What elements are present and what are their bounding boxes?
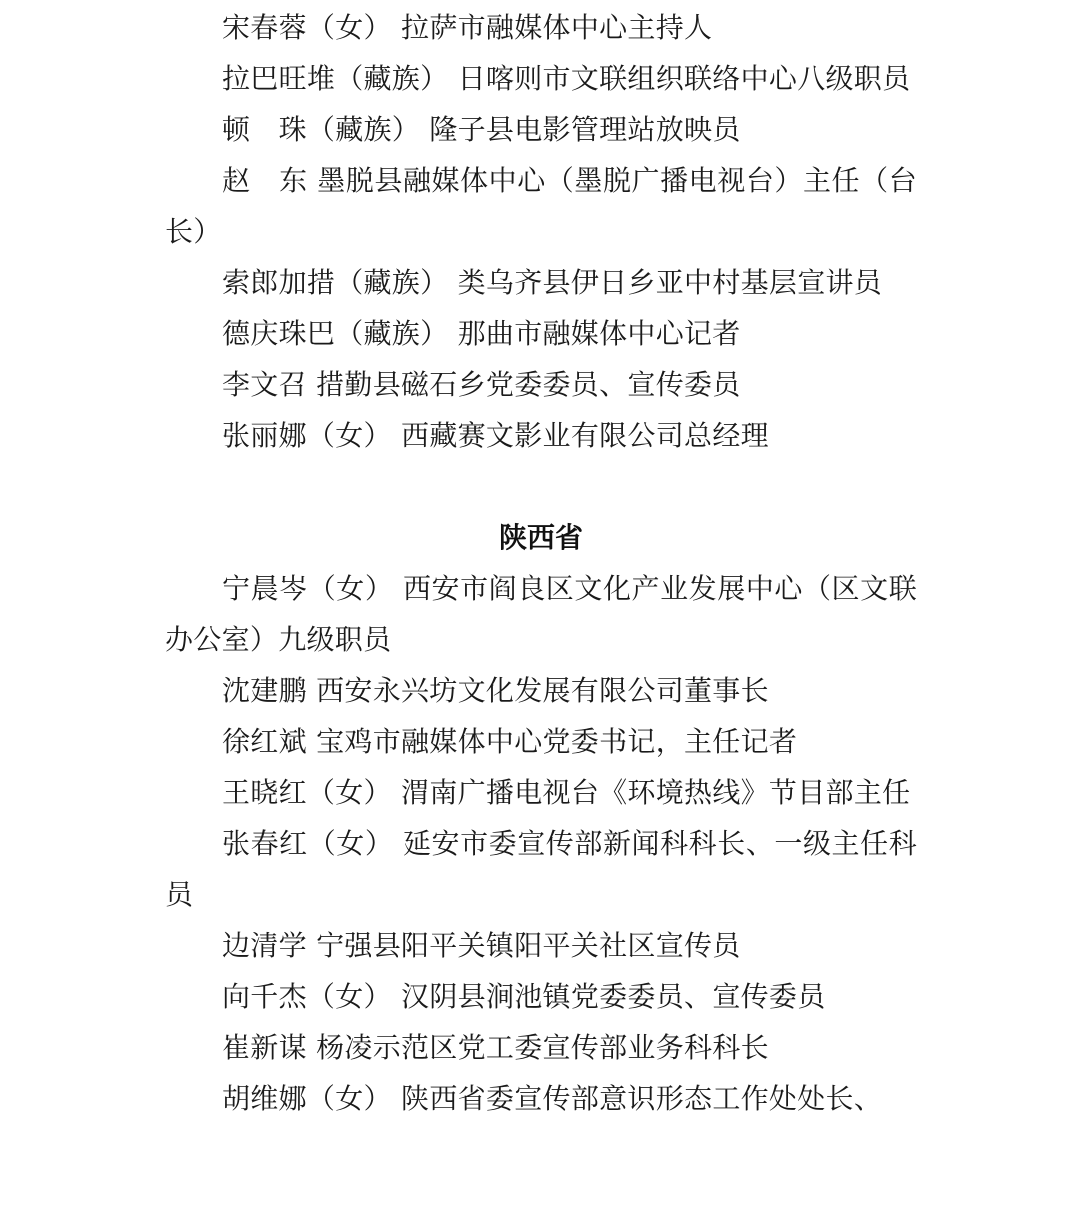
section-tibet-continued: 宋春蓉（女） 拉萨市融媒体中心主持人 拉巴旺堆（藏族） 日喀则市文联组织联络中心… [165, 2, 917, 461]
section-gap [165, 461, 917, 512]
list-item: 宋春蓉（女） 拉萨市融媒体中心主持人 [165, 2, 917, 53]
list-item: 张春红（女） 延安市委宣传部新闻科科长、一级主任科员 [165, 818, 917, 920]
person-name: 宁晨岑（女） [222, 572, 393, 605]
list-item: 沈建鹏 西安永兴坊文化发展有限公司董事长 [165, 665, 917, 716]
person-name: 拉巴旺堆（藏族） [222, 62, 448, 95]
person-title: 隆子县电影管理站放映员 [429, 113, 740, 146]
list-item: 索郎加措（藏族） 类乌齐县伊日乡亚中村基层宣讲员 [165, 257, 917, 308]
list-item: 崔新谋 杨凌示范区党工委宣传部业务科科长 [165, 1022, 917, 1073]
person-name: 赵 东 [222, 164, 308, 197]
list-item: 赵 东 墨脱县融媒体中心（墨脱广播电视台）主任（台长） [165, 155, 917, 257]
person-name: 张丽娜（女） [222, 419, 392, 452]
person-title: 宁强县阳平关镇阳平关社区宣传员 [316, 929, 741, 962]
person-title: 汉阴县涧池镇党委委员、宣传委员 [401, 980, 826, 1013]
list-item: 张丽娜（女） 西藏赛文影业有限公司总经理 [165, 410, 917, 461]
person-name: 徐红斌 [222, 725, 307, 758]
person-title: 西藏赛文影业有限公司总经理 [401, 419, 769, 452]
person-name: 顿 珠（藏族） [222, 113, 420, 146]
person-title: 宝鸡市融媒体中心党委书记，主任记者 [316, 725, 797, 758]
list-item: 德庆珠巴（藏族） 那曲市融媒体中心记者 [165, 308, 917, 359]
person-title: 杨凌示范区党工委宣传部业务科科长 [316, 1031, 769, 1064]
person-name: 崔新谋 [222, 1031, 307, 1064]
person-name: 沈建鹏 [222, 674, 307, 707]
person-title: 日喀则市文联组织联络中心八级职员 [458, 62, 911, 95]
list-item: 胡维娜（女） 陕西省委宣传部意识形态工作处处长、 [165, 1073, 917, 1124]
person-title: 那曲市融媒体中心记者 [458, 317, 741, 350]
person-name: 向千杰（女） [222, 980, 392, 1013]
person-name: 德庆珠巴（藏族） [222, 317, 448, 350]
list-item: 李文召 措勤县磁石乡党委委员、宣传委员 [165, 359, 917, 410]
person-title: 拉萨市融媒体中心主持人 [401, 11, 712, 44]
section-heading: 陕西省 [165, 512, 917, 563]
person-name: 宋春蓉（女） [222, 11, 392, 44]
person-title: 西安永兴坊文化发展有限公司董事长 [316, 674, 769, 707]
person-name: 胡维娜（女） [222, 1082, 392, 1115]
person-title: 措勤县磁石乡党委委员、宣传委员 [316, 368, 741, 401]
list-item: 宁晨岑（女） 西安市阎良区文化产业发展中心（区文联办公室）九级职员 [165, 563, 917, 665]
list-item: 顿 珠（藏族） 隆子县电影管理站放映员 [165, 104, 917, 155]
person-name: 张春红（女） [222, 827, 393, 860]
list-item: 王晓红（女） 渭南广播电视台《环境热线》节目部主任 [165, 767, 917, 818]
section-shaanxi: 陕西省 宁晨岑（女） 西安市阎良区文化产业发展中心（区文联办公室）九级职员 沈建… [165, 512, 917, 1124]
person-name: 索郎加措（藏族） [222, 266, 448, 299]
list-item: 拉巴旺堆（藏族） 日喀则市文联组织联络中心八级职员 [165, 53, 917, 104]
list-item: 边清学 宁强县阳平关镇阳平关社区宣传员 [165, 920, 917, 971]
person-title: 渭南广播电视台《环境热线》节目部主任 [401, 776, 910, 809]
list-item: 徐红斌 宝鸡市融媒体中心党委书记，主任记者 [165, 716, 917, 767]
document-page: 宋春蓉（女） 拉萨市融媒体中心主持人 拉巴旺堆（藏族） 日喀则市文联组织联络中心… [165, 2, 917, 1124]
person-name: 王晓红（女） [222, 776, 392, 809]
person-name: 边清学 [222, 929, 307, 962]
person-title: 陕西省委宣传部意识形态工作处处长、 [401, 1082, 882, 1115]
person-title: 类乌齐县伊日乡亚中村基层宣讲员 [458, 266, 883, 299]
person-name: 李文召 [222, 368, 307, 401]
list-item: 向千杰（女） 汉阴县涧池镇党委委员、宣传委员 [165, 971, 917, 1022]
